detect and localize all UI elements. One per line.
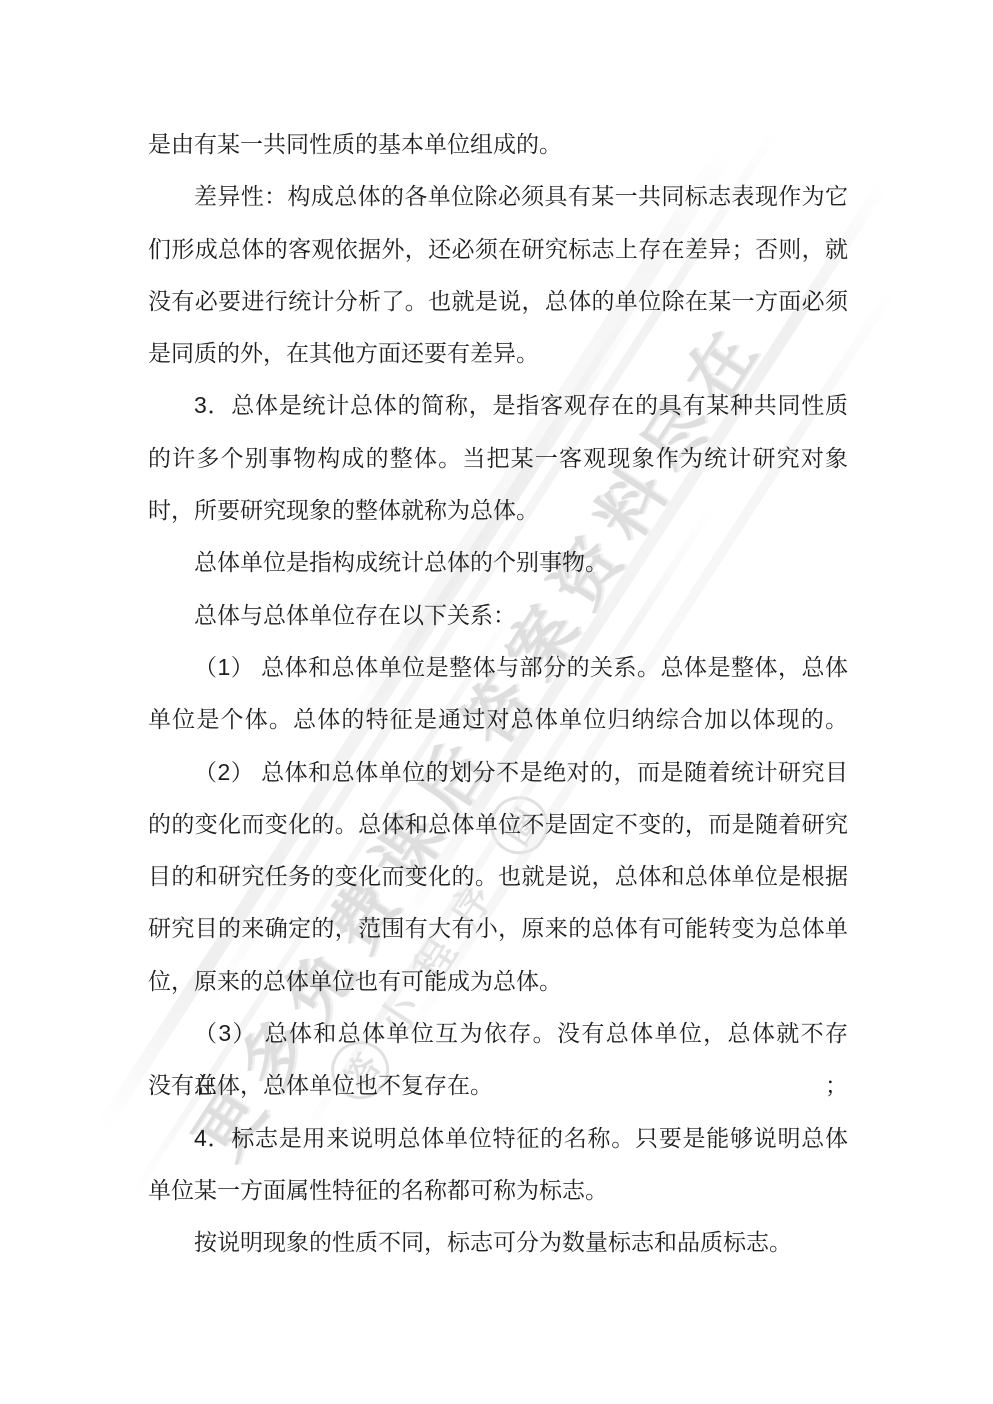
text-line: 按说明现象的性质不同，标志可分为数量标志和品质标志。 [148,1216,848,1268]
text-line: 的许多个别事物构成的整体。当把某一客观现象作为统计研究对象 [148,432,848,484]
text-line: 单位是个体。总体的特征是通过对总体单位归纳综合加以体现的。 [148,693,848,745]
document-page: 更多免费课后答案资料尽在 答 小程序 圈 是由有某一共同性质的基本单位组成的。差… [0,0,993,1404]
text-line: 总体单位是指构成统计总体的个别事物。 [148,536,848,588]
text-line: 单位某一方面属性特征的名称都可称为标志。 [148,1164,848,1216]
text-line: 研究目的来确定的，范围有大有小，原来的总体有可能转变为总体单 [148,902,848,954]
text-line: 们形成总体的客观依据外，还必须在研究标志上存在差异；否则，就 [148,223,848,275]
text-line: 的的变化而变化的。总体和总体单位不是固定不变的，而是随着研究 [148,798,848,850]
text-line: 位，原来的总体单位也有可能成为总体。 [148,955,848,1007]
text-line: 总体与总体单位存在以下关系： [148,589,848,641]
text-line: （1） 总体和总体单位是整体与部分的关系。总体是整体，总体 [148,641,848,693]
text-line: 目的和研究任务的变化而变化的。也就是说，总体和总体单位是根据 [148,850,848,902]
document-body: 是由有某一共同性质的基本单位组成的。差异性：构成总体的各单位除必须具有某一共同标… [148,118,848,1269]
text-line: （3） 总体和总体单位互为依存。没有总体单位，总体就不存在； [148,1007,848,1059]
text-line: 是同质的外，在其他方面还要有差异。 [148,327,848,379]
text-line: 没有必要进行统计分析了。也就是说，总体的单位除在某一方面必须 [148,275,848,327]
text-line: 时，所要研究现象的整体就称为总体。 [148,484,848,536]
text-line: 差异性：构成总体的各单位除必须具有某一共同标志表现作为它 [148,170,848,222]
text-line: 4．标志是用来说明总体单位特征的名称。只要是能够说明总体 [148,1112,848,1164]
text-line: 3．总体是统计总体的简称，是指客观存在的具有某种共同性质 [148,379,848,431]
text-line: （2） 总体和总体单位的划分不是绝对的，而是随着统计研究目 [148,746,848,798]
text-line: 是由有某一共同性质的基本单位组成的。 [148,118,848,170]
